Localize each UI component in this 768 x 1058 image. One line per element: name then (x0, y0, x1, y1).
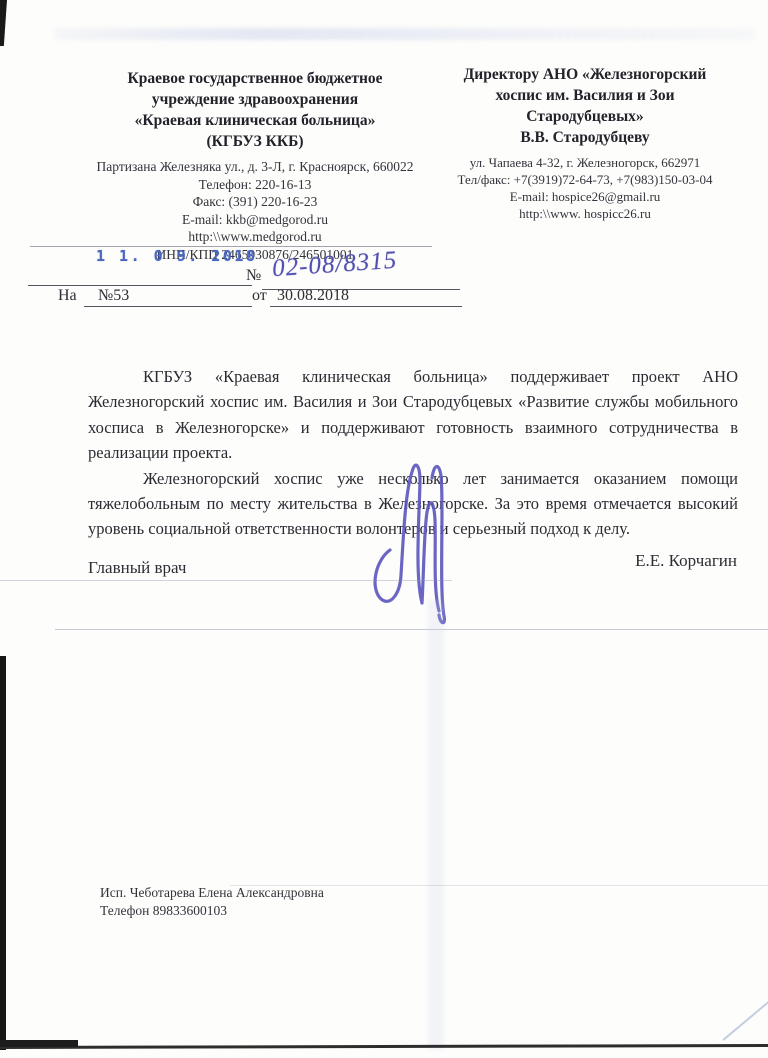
recipient-email: E-mail: hospice26@gmail.ru (412, 188, 758, 205)
sender-fax: Факс: (391) 220-16-23 (60, 193, 450, 211)
sender-website: http:\\www.medgorod.ru (60, 228, 450, 246)
scanned-letter-page: Краевое государственное бюджетное учрежд… (0, 0, 768, 1058)
signature-position-title: Главный врач (88, 558, 186, 578)
reply-to-number: №53 (98, 287, 129, 305)
recipient-address: ул. Чапаева 4-32, г. Железногорск, 66297… (412, 154, 758, 171)
scan-artifact-fold-band (428, 600, 444, 1050)
executor-phone: Телефон 89833600103 (100, 902, 324, 920)
outgoing-number-label: № (246, 267, 261, 285)
recipient-contact-block: ул. Чапаева 4-32, г. Железногорск, 66297… (412, 154, 758, 222)
recipient-name-line: хоспис им. Василия и Зои (420, 85, 750, 106)
signature-person-name: Е.Е. Корчагин (635, 551, 737, 571)
recipient-letterhead: Директору АНО «Железногорский хоспис им.… (420, 64, 750, 148)
scan-artifact-top-smudge (55, 28, 755, 40)
reply-to-label: На (58, 287, 77, 305)
scan-artifact-left-edge (0, 656, 6, 1050)
scan-artifact-top-left-edge (0, 0, 7, 46)
recipient-name-line: Стародубцевых» (420, 106, 750, 127)
sender-name-line: «Краевая клиническая больница» (70, 110, 440, 131)
reply-date-label: от (252, 287, 267, 305)
reply-date-value: 30.08.2018 (277, 287, 349, 305)
sender-letterhead: Краевое государственное бюджетное учрежд… (70, 68, 440, 152)
sender-name-line: учреждение здравоохранения (70, 89, 440, 110)
scan-artifact-streak (0, 580, 452, 581)
executor-name: Исп. Чеботарева Елена Александровна (100, 884, 324, 902)
scan-artifact-diagonal-page-edge (722, 989, 768, 1041)
scan-artifact-bottom-edge (0, 1044, 768, 1049)
recipient-phone: Тел/факс: +7(3919)72-64-73, +7(983)150-0… (412, 171, 758, 188)
blank-underline (28, 285, 252, 286)
sender-email: E-mail: kkb@medgorod.ru (60, 211, 450, 229)
scan-artifact-crease-line (55, 629, 768, 630)
recipient-name-line: Директору АНО «Железногорский (420, 64, 750, 85)
reply-to-underline (84, 306, 252, 307)
scan-artifact-footer-streak (230, 885, 768, 886)
sender-phone: Телефон: 220-16-13 (60, 176, 450, 194)
incoming-date-stamp: 1 1. 0 9. 2018 (96, 247, 257, 265)
recipient-name-line: В.В. Стародубцеву (420, 127, 750, 148)
sender-name-line: Краевое государственное бюджетное (70, 68, 440, 89)
sender-name-line: (КГБУЗ ККБ) (70, 131, 440, 152)
reply-date-underline (270, 306, 462, 307)
executor-block: Исп. Чеботарева Елена Александровна Теле… (100, 884, 324, 920)
sender-address: Партизана Железняка ул., д. 3-Л, г. Крас… (60, 158, 450, 176)
recipient-website: http:\\www. hospicc26.ru (412, 205, 758, 222)
scan-artifact-bottom-left-mark (0, 1040, 78, 1047)
